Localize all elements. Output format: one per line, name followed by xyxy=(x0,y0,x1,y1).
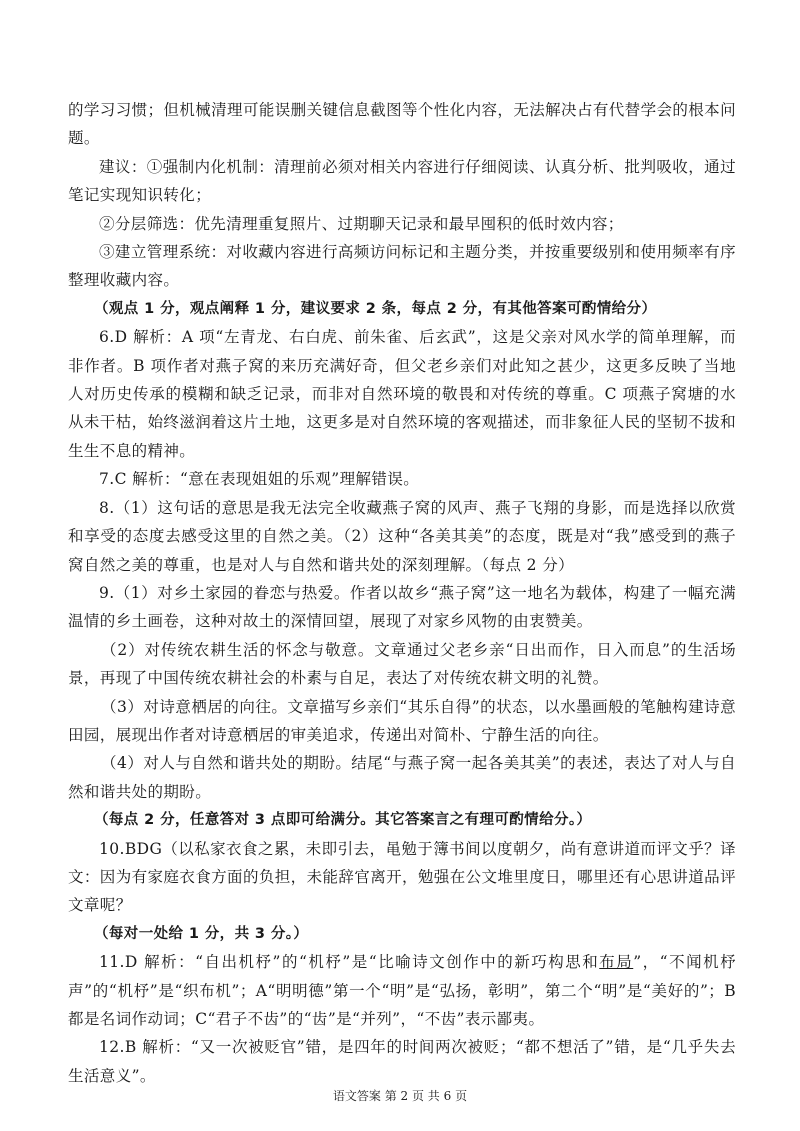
underlined-term: 布局 xyxy=(599,953,633,971)
paragraph-suggestion-1: 建议：①强制内化机制：清理前必须对相关内容进行仔细阅读、认真分析、批判吸收，通过… xyxy=(68,153,736,210)
paragraph-continuation: 的学习习惯；但机械清理可能误删关键信息截图等个性化内容，无法解决占有代替学会的根… xyxy=(68,96,736,153)
answer-q9-point-2: （2）对传统农耕生活的怀念与敬意。文章通过父老乡亲“日出而作，日入而息”的生活场… xyxy=(68,636,736,693)
answer-q7: 7.C 解析：“意在表现姐姐的乐观”理解错误。 xyxy=(68,465,736,493)
scoring-note-q10: （每对一处给 1 分，共 3 分。） xyxy=(68,920,736,948)
page-footer: 语文答案 第 2 页 共 6 页 xyxy=(0,1087,800,1104)
answer-q11-part-a: 11.D 解析：“自出机杼”的“机杼”是“比喻诗文创作中的新巧构思和 xyxy=(99,953,599,971)
paragraph-suggestion-2: ②分层筛选：优先清理重复照片、过期聊天记录和最早囤积的低时效内容； xyxy=(68,210,736,238)
scoring-note-q9: （每点 2 分，任意答对 3 点即可给满分。其它答案言之有理可酌情给分。） xyxy=(68,806,736,834)
answer-q9-point-1: 9.（1）对乡土家园的眷恋与热爱。作者以故乡“燕子窝”这一地名为载体，构建了一幅… xyxy=(68,579,736,636)
answer-document: 的学习习惯；但机械清理可能误删关键信息截图等个性化内容，无法解决占有代替学会的根… xyxy=(68,96,736,1090)
answer-q8: 8.（1）这句话的意思是我无法完全收藏燕子窝的风声、燕子飞翔的身影，而是选择以欣… xyxy=(68,494,736,579)
answer-q9-point-3: （3）对诗意栖居的向往。文章描写乡亲们“其乐自得”的状态，以水墨画般的笔触构建诗… xyxy=(68,693,736,750)
answer-q9-point-4: （4）对人与自然和谐共处的期盼。结尾“与燕子窝一起各美其美”的表述，表达了对人与… xyxy=(68,749,736,806)
answer-q12: 12.B 解析：“又一次被贬官”错，是四年的时间两次被贬；“都不想活了”错，是“… xyxy=(68,1033,736,1090)
paragraph-suggestion-3: ③建立管理系统：对收藏内容进行高频访问标记和主题分类，并按重要级别和使用频率有序… xyxy=(68,238,736,295)
answer-q11: 11.D 解析：“自出机杼”的“机杼”是“比喻诗文创作中的新巧构思和布局”，“不… xyxy=(68,948,736,1033)
answer-q10: 10.BDG（以私家衣食之累，未即引去，黾勉于簿书间以度朝夕，尚有意讲道而评文乎… xyxy=(68,835,736,920)
answer-q6: 6.D 解析：A 项“左青龙、右白虎、前朱雀、后玄武”，这是父亲对风水学的简单理… xyxy=(68,323,736,465)
scoring-note-q5: （观点 1 分，观点阐释 1 分，建议要求 2 条，每点 2 分，有其他答案可酌… xyxy=(68,295,736,323)
